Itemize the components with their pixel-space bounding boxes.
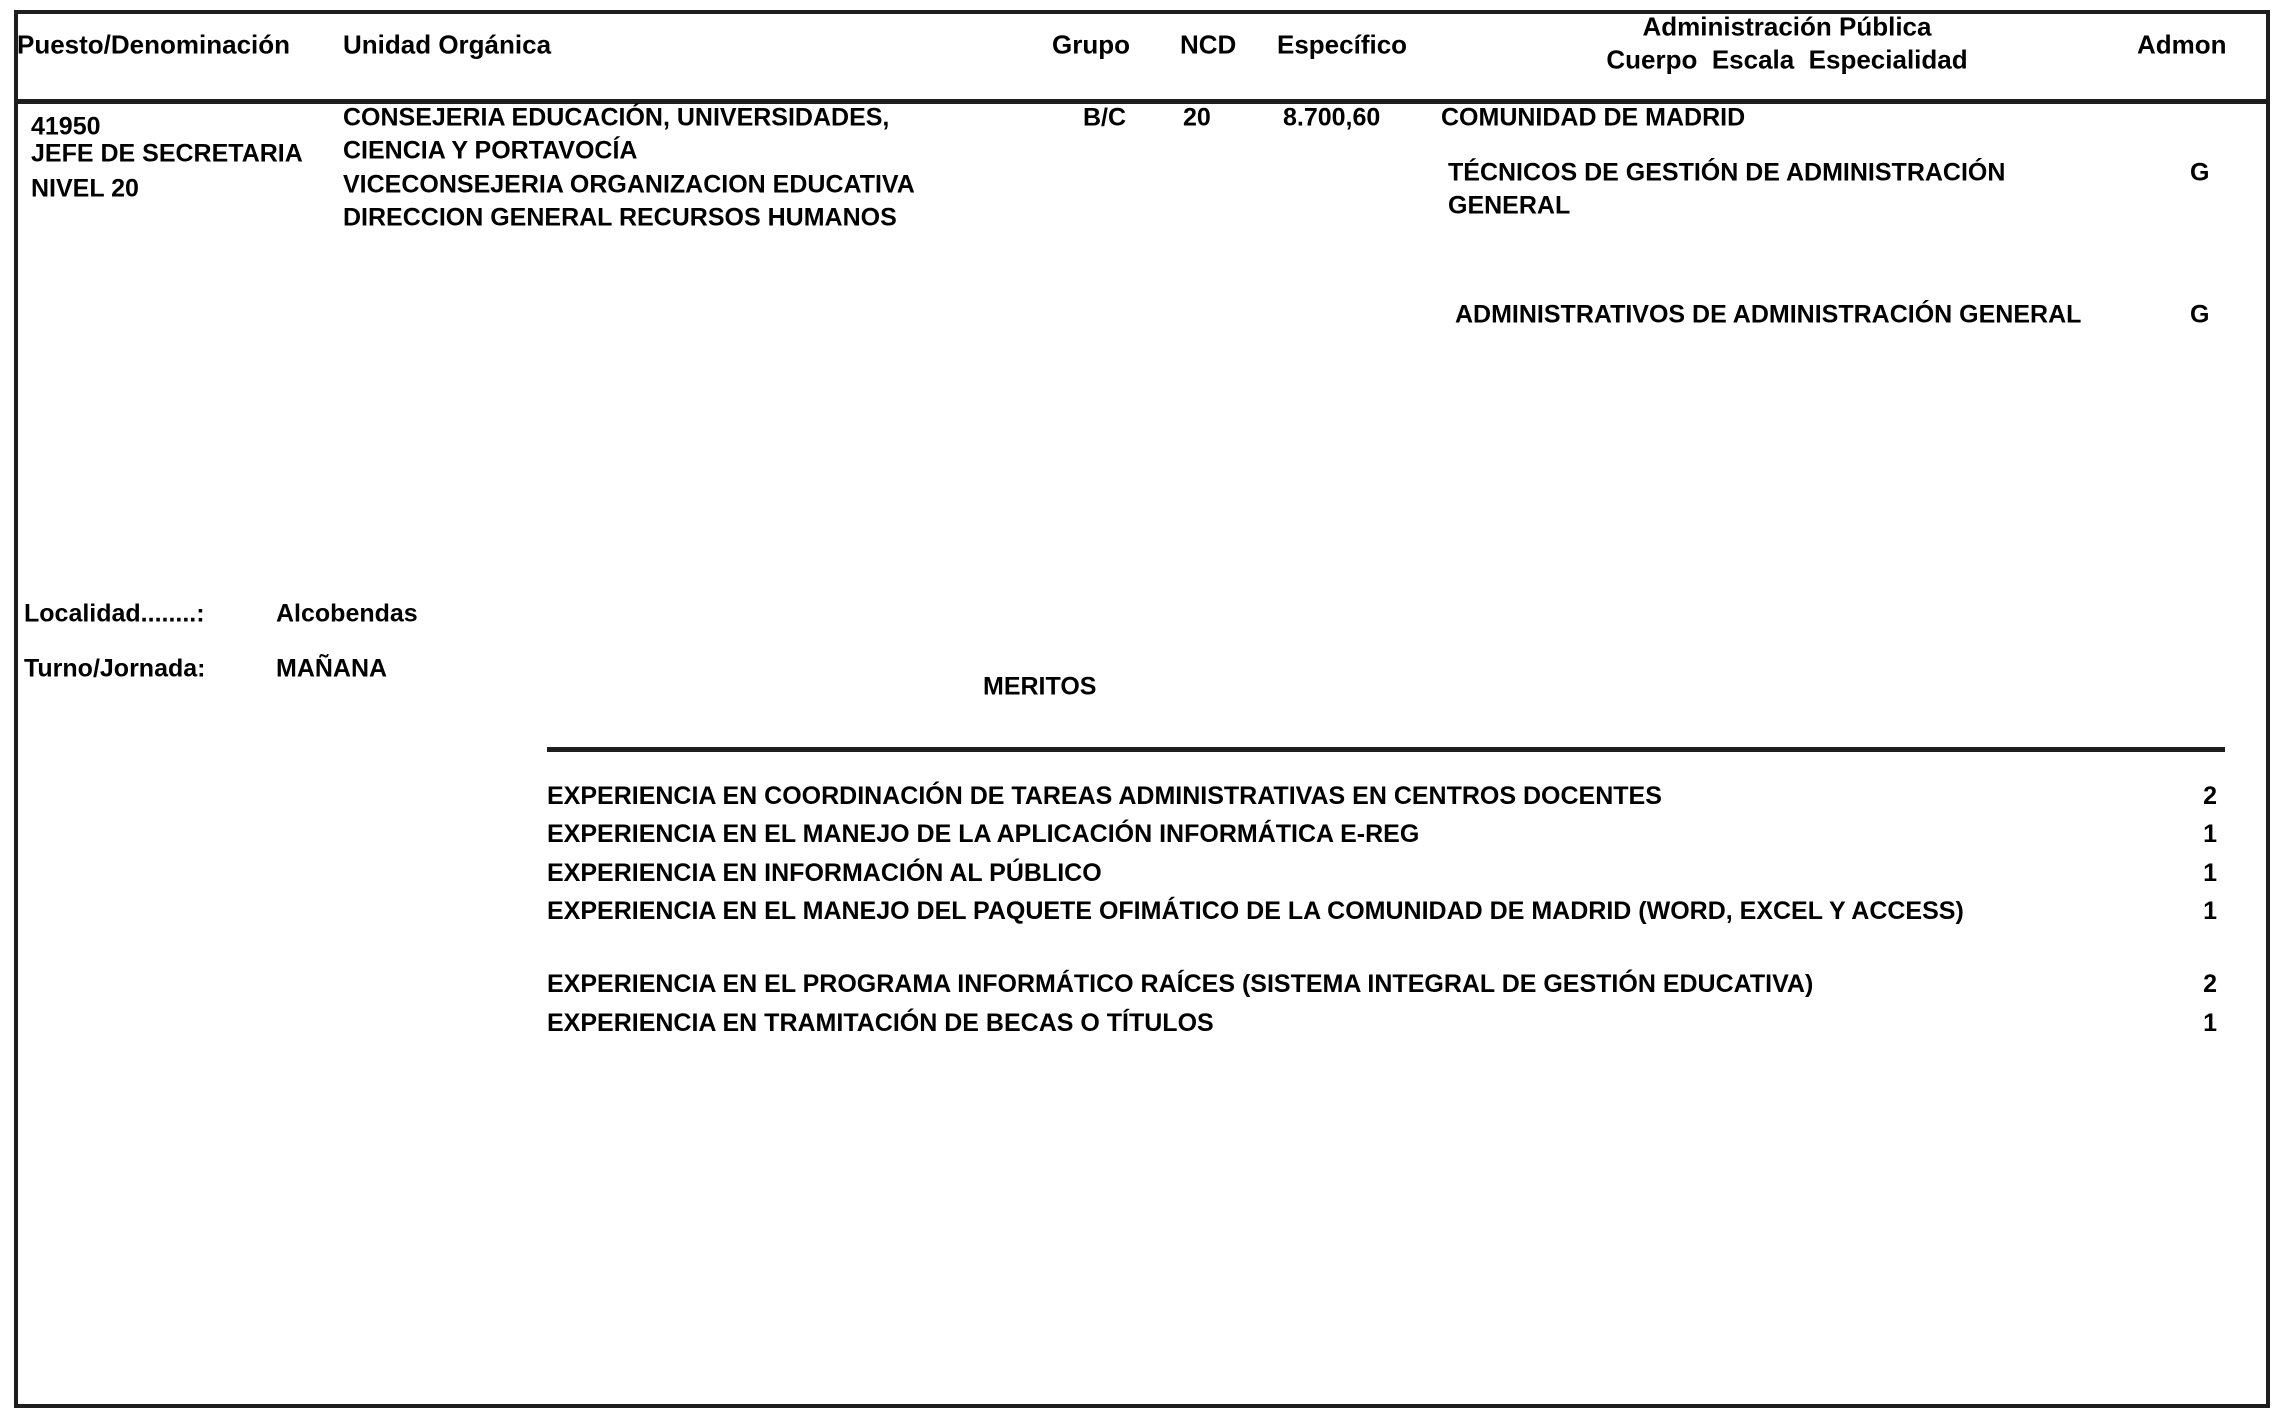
col-admon: Admon [2137,33,2227,58]
cuerpo-name: ADMINISTRATIVOS DE ADMINISTRACIÓN GENERA… [1455,303,2081,328]
merit-points: 1 [2203,857,2217,890]
cuerpo-name: TÉCNICOS DE GESTIÓN DE ADMINISTRACIÓN [1448,161,2005,186]
especifico-value: 8.700,60 [1283,106,1380,131]
merit-desc: EXPERIENCIA EN TRAMITACIÓN DE BECAS O TÍ… [547,1007,2047,1040]
merit-item: EXPERIENCIA EN TRAMITACIÓN DE BECAS O TÍ… [547,1007,2227,1040]
col-grupo: Grupo [1052,33,1130,58]
ncd-value: 20 [1183,106,1211,131]
merit-item: EXPERIENCIA EN EL MANEJO DEL PAQUETE OFI… [547,895,2227,928]
merit-desc: EXPERIENCIA EN EL MANEJO DE LA APLICACIÓ… [547,818,2047,851]
localidad-value: Alcobendas [276,602,418,627]
meritos-divider [547,747,2225,752]
col-especifico: Específico [1277,33,1407,58]
merit-points: 2 [2203,780,2217,813]
merit-desc: EXPERIENCIA EN INFORMACIÓN AL PÚBLICO [547,857,2047,890]
merit-desc: EXPERIENCIA EN EL PROGRAMA INFORMÁTICO R… [547,968,2047,1001]
cuerpo-admon: G [2190,161,2209,186]
merit-points: 1 [2203,1007,2217,1040]
grupo-value: B/C [1083,106,1126,131]
merit-item: EXPERIENCIA EN EL PROGRAMA INFORMÁTICO R… [547,968,2227,1001]
localidad-label: Localidad........: [24,602,205,627]
cuerpo-admon: G [2190,303,2209,328]
col-cuerpo-escala: Cuerpo Escala Especialidad [1606,48,1967,73]
puesto-nivel: NIVEL 20 [31,177,139,202]
merit-points: 1 [2203,895,2217,928]
col-ncd: NCD [1180,33,1236,58]
merit-item: EXPERIENCIA EN INFORMACIÓN AL PÚBLICO 1 [547,857,2227,890]
merit-desc: EXPERIENCIA EN EL MANEJO DEL PAQUETE OFI… [547,895,2017,928]
turno-value: MAÑANA [276,657,387,682]
meritos-title: MERITOS [983,675,1096,700]
turno-label: Turno/Jornada: [24,657,205,682]
col-unidad: Unidad Orgánica [343,33,551,58]
unidad-line: CIENCIA Y PORTAVOCÍA [343,139,637,164]
puesto-codigo: 41950 [31,115,101,140]
col-admin-publica: Administración Pública [1643,15,1932,40]
col-puesto: Puesto/Denominación [17,33,290,58]
unidad-line: DIRECCION GENERAL RECURSOS HUMANOS [343,206,897,231]
merit-desc: EXPERIENCIA EN COORDINACIÓN DE TAREAS AD… [547,780,2047,813]
merit-points: 2 [2203,968,2217,1001]
merit-item: EXPERIENCIA EN COORDINACIÓN DE TAREAS AD… [547,780,2227,813]
merit-points: 1 [2203,818,2217,851]
merit-item: EXPERIENCIA EN EL MANEJO DE LA APLICACIÓ… [547,818,2227,851]
administracion-value: COMUNIDAD DE MADRID [1441,106,1745,131]
unidad-line: VICECONSEJERIA ORGANIZACION EDUCATIVA [343,173,915,198]
cuerpo-name-cont: GENERAL [1448,194,1570,219]
unidad-line: CONSEJERIA EDUCACIÓN, UNIVERSIDADES, [343,106,889,131]
puesto-denominacion: JEFE DE SECRETARIA [31,142,303,167]
